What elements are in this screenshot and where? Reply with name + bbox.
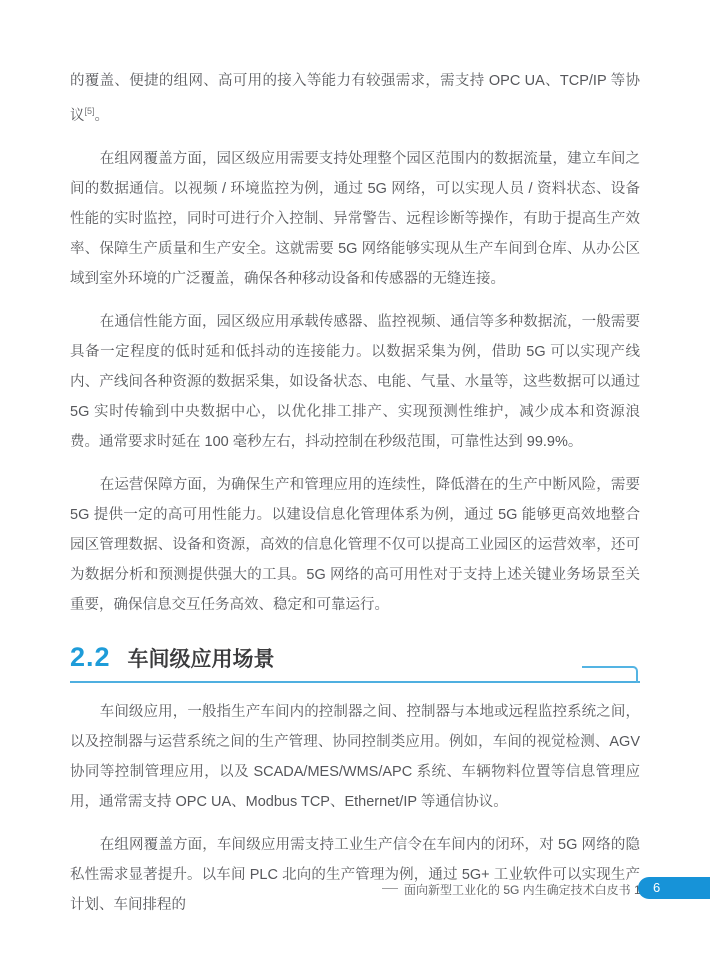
leading-paragraph-period: 。 — [95, 108, 110, 124]
paragraph-communication-performance: 在通信性能方面，园区级应用承载传感器、监控视频、通信等多种数据流，一般需要具备一… — [70, 307, 640, 457]
paragraph-operation-assurance: 在运营保障方面，为确保生产和管理应用的连续性，降低潜在的生产中断风险，需要 5G… — [70, 470, 640, 620]
paragraph-workshop-network-coverage: 在组网覆盖方面，车间级应用需支持工业生产信令在车间内的闭环，对 5G 网络的隐私… — [70, 830, 640, 920]
leading-paragraph: 的覆盖、便捷的组网、高可用的接入等能力有较强需求，需支持 OPC UA、TCP/… — [70, 66, 640, 131]
page-number-badge: 6 — [638, 877, 710, 899]
paragraph-network-coverage-park: 在组网覆盖方面，园区级应用需要支持处理整个园区范围内的数据流量，建立车间之间的数… — [70, 144, 640, 294]
section-number: 2.2 — [70, 642, 111, 673]
section-title: 车间级应用场景 — [128, 643, 275, 673]
leading-paragraph-text: 的覆盖、便捷的组网、高可用的接入等能力有较强需求，需支持 OPC UA、TCP/… — [70, 73, 640, 124]
section-heading-2-2: 2.2车间级应用场景 — [70, 642, 640, 683]
citation-reference: [5] — [85, 106, 95, 116]
footer-document-title: 面向新型工业化的 5G 内生确定技术白皮书 1.0 — [404, 881, 651, 898]
page-footer: 面向新型工业化的 5G 内生确定技术白皮书 1.0 6 — [0, 877, 710, 900]
heading-bracket-decoration — [582, 666, 638, 683]
paragraph-workshop-level-intro: 车间级应用，一般指生产车间内的控制器之间、控制器与本地或远程监控系统之间，以及控… — [70, 697, 640, 817]
document-page-content: 的覆盖、便捷的组网、高可用的接入等能力有较强需求，需支持 OPC UA、TCP/… — [70, 66, 640, 933]
footer-dash-rule — [382, 888, 398, 889]
